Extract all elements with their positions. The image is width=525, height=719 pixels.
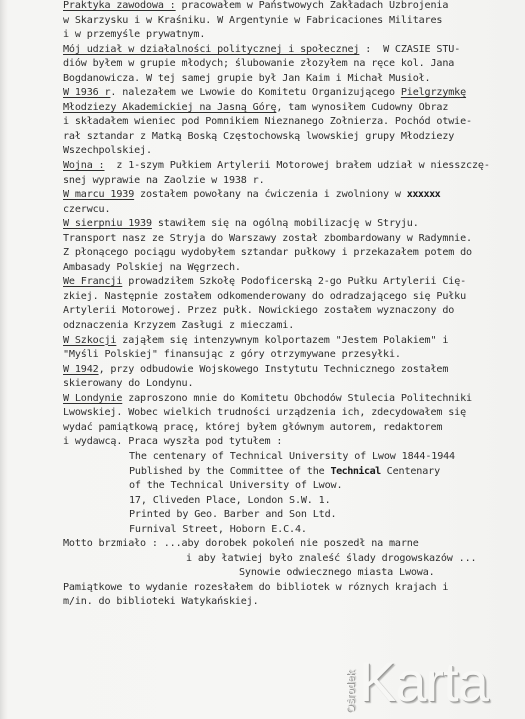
text-line: w Skarzysku i w Kraśniku. W Argentynie w… — [63, 14, 523, 29]
text-segment: , przy odbudowie Wojskowego Instytutu Te… — [99, 364, 449, 375]
text-segment: : W CZASIE STU- — [359, 44, 460, 55]
text-segment: z 1-szym Pułkiem Artylerii Motorowej bra… — [105, 160, 490, 171]
text-line: W 1942, przy odbudowie Wojskowego Instyt… — [63, 363, 523, 378]
text-segment: Artylerii Motorowej. Przez pułk. Nowicki… — [63, 305, 454, 316]
text-segment: i w przemyśle prywatnym. — [63, 29, 205, 40]
text-line: Pamiątkowe to wydanie rozesłałem do bibl… — [63, 581, 523, 596]
text-segment: Transport nasz ze Stryja do Warszawy zos… — [63, 233, 472, 244]
underlined-heading: Mój udział w działalności politycznej i … — [63, 44, 359, 55]
text-line: i aby łatwiej było znaleść ślady drogows… — [63, 552, 523, 567]
text-segment: rał sztandar z Matką Boską Częstochowską… — [63, 131, 454, 142]
text-line: Młodziezy Akademickiej na Jasną Górę, ta… — [63, 101, 523, 116]
text-segment: Wszechpolskiej. — [63, 145, 152, 156]
text-segment: Furnival Street, Hoborn E.C.4. — [129, 524, 307, 535]
text-line: Artylerii Motorowej. Przez pułk. Nowicki… — [63, 304, 523, 319]
typewritten-text: Praktyka zawodowa : pracowałem w Państwo… — [63, 0, 523, 610]
text-segment: zaproszono mnie do Komitetu Obchodów Stu… — [122, 393, 472, 404]
text-line: rał sztandar z Matką Boską Częstochowską… — [63, 130, 523, 145]
text-line: snej wyprawie na Zaolzie w 1938 r. — [63, 174, 523, 189]
text-line: Motto brzmiało : ...aby dorobek pokoleń … — [63, 537, 523, 552]
text-line: W Londynie zaproszono mnie do Komitetu O… — [63, 392, 523, 407]
text-segment: snej wyprawie na Zaolzie w 1938 r. — [63, 175, 265, 186]
text-line: Transport nasz ze Stryja do Warszawy zos… — [63, 232, 523, 247]
text-segment: Synowie odwiecznego miasta Lwowa. — [239, 567, 435, 578]
text-line: Published by the Committee of the Techni… — [63, 465, 523, 480]
text-line: skierowany do Londynu. — [63, 377, 523, 392]
underlined-heading: W marcu 1939 — [63, 189, 134, 200]
text-line: Wojna : z 1-szym Pułkiem Artylerii Motor… — [63, 159, 523, 174]
text-segment: w Skarzysku i w Kraśniku. W Argentynie w… — [63, 15, 442, 26]
text-segment: Lwowskiej. Wobec wielkich trudności urzą… — [63, 407, 466, 418]
text-segment: zostałem powołany na ćwiczenia i zwolnio… — [134, 189, 407, 200]
underlined-heading: Pielgrzymkę — [401, 87, 466, 98]
text-line: 17, Cliveden Place, London S.W. 1. — [63, 494, 523, 509]
text-segment: Bogdanowicza. W tej samej grupie był Jan… — [63, 73, 430, 84]
text-segment: skierowany do Londynu. — [63, 378, 193, 389]
text-line: Synowie odwiecznego miasta Lwowa. — [63, 566, 523, 581]
text-segment: , tam wynosiłem Cudowny Obraz — [276, 102, 448, 113]
text-line: W marcu 1939 zostałem powołany na ćwicze… — [63, 188, 523, 203]
karta-watermark: Ośrodek Karta — [345, 656, 525, 716]
text-segment: Motto brzmiało : ...aby dorobek pokoleń … — [63, 538, 419, 549]
text-line: "Myśli Polskiej" finansując z góry otrzy… — [63, 348, 523, 363]
text-line: Printed by Geo. Barber and Son Ltd. — [63, 508, 523, 523]
text-segment: czerwcu. — [63, 204, 110, 215]
text-line: We Francji prowadziłem Szkołę Podoficers… — [63, 275, 523, 290]
watermark-osrodek: Ośrodek — [345, 671, 357, 714]
text-line: m/in. do biblioteki Watykańskiej. — [63, 595, 523, 610]
text-segment: i składałem wieniec pod Pomnikiem Niezna… — [63, 116, 472, 127]
text-segment: of the Technical University of Lwow. — [129, 480, 342, 491]
text-line: Furnival Street, Hoborn E.C.4. — [63, 523, 523, 538]
text-line: i składałem wieniec pod Pomnikiem Niezna… — [63, 115, 523, 130]
text-line: Ambasady Polskiej na Węgrzech. — [63, 261, 523, 276]
underlined-heading: W Szkocji — [63, 335, 116, 346]
text-segment: wydać pamiątkową pracę, której byłem głó… — [63, 422, 442, 433]
text-line: Mój udział w działalności politycznej i … — [63, 43, 523, 58]
underlined-heading: W Londynie — [63, 393, 122, 404]
text-line: W Szkocji zająłem się intenzywnym kolpor… — [63, 334, 523, 349]
text-line: Praktyka zawodowa : pracowałem w Państwo… — [63, 0, 523, 14]
text-line: i wydawcą. Praca wyszła pod tytułem : — [63, 435, 523, 450]
text-line: Wszechpolskiej. — [63, 144, 523, 159]
underlined-heading: Wojna : — [63, 160, 105, 171]
text-segment: zkiej. Następnie zostałem odkomenderowan… — [63, 291, 466, 302]
text-segment: 17, Cliveden Place, London S.W. 1. — [129, 495, 331, 506]
underlined-heading: Praktyka zawodowa : — [63, 0, 176, 11]
text-segment: Printed by Geo. Barber and Son Ltd. — [129, 509, 336, 520]
text-line: odznaczenia Krzyzem Zasługi z mieczami. — [63, 319, 523, 334]
text-segment: "Myśli Polskiej" finansując z góry otrzy… — [63, 349, 401, 360]
text-segment: diów byłem w grupie młodych; ślubowanie … — [63, 58, 454, 69]
text-segment: Ambasady Polskiej na Węgrzech. — [63, 262, 241, 273]
struck-out-text: xxxxxx — [407, 189, 440, 200]
underlined-heading: W 1942 — [63, 364, 99, 375]
document-page: Praktyka zawodowa : pracowałem w Państwo… — [0, 0, 525, 719]
underlined-heading: We Francji — [63, 276, 122, 287]
text-segment: stawiłem się na ogólną mobilizację w Str… — [152, 218, 419, 229]
text-segment: i aby łatwiej było znaleść ślady drogows… — [186, 553, 476, 564]
struck-out-text: Technical — [331, 466, 381, 477]
text-line: W 1936 r. nalezałem we Lwowie do Komitet… — [63, 86, 523, 101]
text-line: i w przemyśle prywatnym. — [63, 28, 523, 43]
text-line: of the Technical University of Lwow. — [63, 479, 523, 494]
text-segment: Centenary — [381, 466, 440, 477]
text-segment: Published by the Committee of the — [129, 466, 331, 477]
text-line: czerwcu. — [63, 203, 523, 218]
text-segment: . nalezałem we Lwowie do Komitetu Organi… — [110, 87, 400, 98]
text-segment: pracowałem w Państwowych Zakładach Uzbro… — [176, 0, 449, 11]
text-line: Lwowskiej. Wobec wielkich trudności urzą… — [63, 406, 523, 421]
text-line: W sierpniu 1939 stawiłem się na ogólną m… — [63, 217, 523, 232]
text-line: diów byłem w grupie młodych; ślubowanie … — [63, 57, 523, 72]
text-segment: The centenary of Technical University of… — [129, 451, 455, 462]
text-segment: zająłem się intenzywnym kolportazem "Jes… — [116, 335, 448, 346]
text-segment: Z płonącego pociągu wydobyłem sztandar p… — [63, 247, 472, 258]
text-line: wydać pamiątkową pracę, której byłem głó… — [63, 421, 523, 436]
text-segment: m/in. do biblioteki Watykańskiej. — [63, 596, 259, 607]
text-line: Bogdanowicza. W tej samej grupie był Jan… — [63, 72, 523, 87]
text-segment: i wydawcą. Praca wyszła pod tytułem : — [63, 436, 282, 447]
text-line: zkiej. Następnie zostałem odkomenderowan… — [63, 290, 523, 305]
underlined-heading: Młodziezy Akademickiej na Jasną Górę — [63, 102, 276, 113]
text-segment: prowadziłem Szkołę Podoficerską 2-go Puł… — [122, 276, 466, 287]
text-segment: odznaczenia Krzyzem Zasługi z mieczami. — [63, 320, 294, 331]
watermark-karta: Karta — [359, 652, 488, 712]
underlined-heading: W sierpniu 1939 — [63, 218, 152, 229]
text-line: Z płonącego pociągu wydobyłem sztandar p… — [63, 246, 523, 261]
text-segment: Pamiątkowe to wydanie rozesłałem do bibl… — [63, 582, 448, 593]
underlined-heading: W 1936 r — [63, 87, 110, 98]
text-line: The centenary of Technical University of… — [63, 450, 523, 465]
